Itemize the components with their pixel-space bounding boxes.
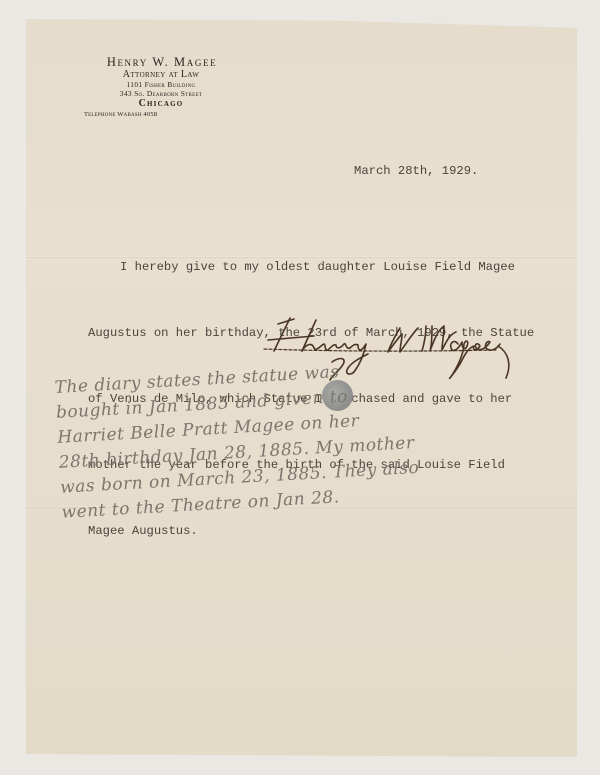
letterhead-telephone: Telephone Wabash 4058 bbox=[84, 110, 252, 119]
letterhead-title: Attorney at Law bbox=[70, 69, 252, 80]
body-line: Magee Augustus. bbox=[88, 520, 534, 542]
letterhead-name: Henry W. Magee bbox=[72, 55, 252, 69]
pencil-annotation: The diary states the statue was bought i… bbox=[54, 356, 421, 526]
letterhead: Henry W. Magee Attorney at Law 1101 Fish… bbox=[52, 55, 252, 119]
letterhead-city: Chicago bbox=[70, 98, 252, 110]
body-line: I hereby give to my oldest daughter Loui… bbox=[88, 256, 534, 278]
letterhead-building: 1101 Fisher Building bbox=[70, 80, 252, 89]
letterhead-street: 343 So. Dearborn Street bbox=[70, 89, 252, 98]
letter-date: March 28th, 1929. bbox=[354, 164, 478, 178]
